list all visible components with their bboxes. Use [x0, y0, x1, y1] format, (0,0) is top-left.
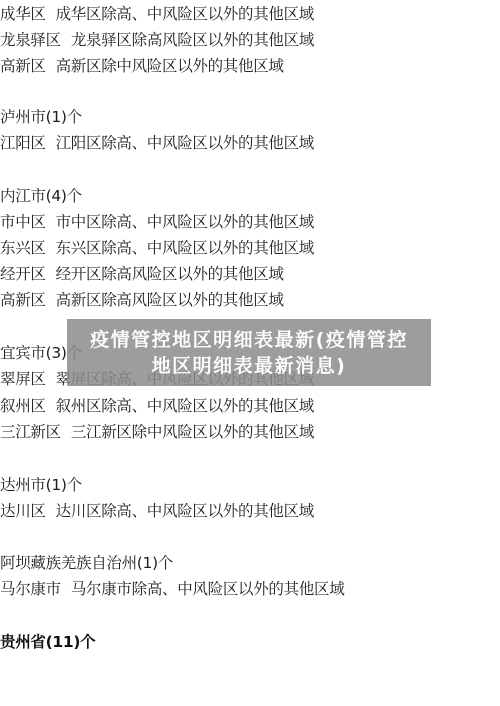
district-row: 成华区成华区除高、中风险区以外的其他区域 — [0, 4, 314, 24]
district-description: 成华区除高、中风险区以外的其他区域 — [56, 5, 314, 23]
city-header: 内江市(4)个 — [0, 186, 82, 206]
district-description: 三江新区除中风险区以外的其他区域 — [71, 423, 314, 441]
district-name: 成华区 — [0, 4, 46, 24]
district-name: 经开区 — [0, 264, 46, 284]
district-row: 达川区达川区除高、中风险区以外的其他区域 — [0, 501, 314, 521]
city-header: 阿坝藏族羌族自治州(1)个 — [0, 553, 173, 573]
province-header: 贵州省(11)个 — [0, 632, 95, 652]
district-name: 市中区 — [0, 212, 46, 232]
district-row: 三江新区三江新区除中风险区以外的其他区域 — [0, 422, 314, 442]
district-description: 东兴区除高、中风险区以外的其他区域 — [56, 239, 314, 257]
district-row: 马尔康市马尔康市除高、中风险区以外的其他区域 — [0, 579, 344, 599]
district-description: 叙州区除高、中风险区以外的其他区域 — [56, 397, 314, 415]
district-row: 叙州区叙州区除高、中风险区以外的其他区域 — [0, 396, 314, 416]
district-description: 高新区除高风险区以外的其他区域 — [56, 291, 284, 309]
district-name: 马尔康市 — [0, 579, 61, 599]
district-row: 市中区市中区除高、中风险区以外的其他区域 — [0, 212, 314, 232]
district-row: 龙泉驿区龙泉驿区除高风险区以外的其他区域 — [0, 30, 314, 50]
district-row: 经开区经开区除高风险区以外的其他区域 — [0, 264, 284, 284]
district-name: 江阳区 — [0, 133, 46, 153]
district-name: 叙州区 — [0, 396, 46, 416]
district-description: 市中区除高、中风险区以外的其他区域 — [56, 213, 314, 231]
district-name: 东兴区 — [0, 238, 46, 258]
district-row: 江阳区江阳区除高、中风险区以外的其他区域 — [0, 133, 314, 153]
district-description: 江阳区除高、中风险区以外的其他区域 — [56, 134, 314, 152]
district-row: 高新区高新区除中风险区以外的其他区域 — [0, 56, 284, 76]
district-name: 三江新区 — [0, 422, 61, 442]
district-row: 东兴区东兴区除高、中风险区以外的其他区域 — [0, 238, 314, 258]
city-header: 达州市(1)个 — [0, 475, 82, 495]
district-description: 达川区除高、中风险区以外的其他区域 — [56, 502, 314, 520]
district-description: 龙泉驿区除高风险区以外的其他区域 — [71, 31, 314, 49]
city-header: 泸州市(1)个 — [0, 107, 82, 127]
district-description: 经开区除高风险区以外的其他区域 — [56, 265, 284, 283]
district-description: 马尔康市除高、中风险区以外的其他区域 — [71, 580, 345, 598]
district-name: 翠屏区 — [0, 369, 46, 389]
banner-title-line-1: 疫情管控地区明细表最新(疫情管控 — [90, 327, 408, 353]
district-name: 龙泉驿区 — [0, 30, 61, 50]
banner-title-line-2: 地区明细表最新消息) — [152, 353, 347, 379]
district-description: 高新区除中风险区以外的其他区域 — [56, 57, 284, 75]
district-name: 高新区 — [0, 290, 46, 310]
district-name: 达川区 — [0, 501, 46, 521]
district-name: 高新区 — [0, 56, 46, 76]
title-overlay-banner: 疫情管控地区明细表最新(疫情管控 地区明细表最新消息) — [67, 319, 431, 386]
district-row: 高新区高新区除高风险区以外的其他区域 — [0, 290, 284, 310]
